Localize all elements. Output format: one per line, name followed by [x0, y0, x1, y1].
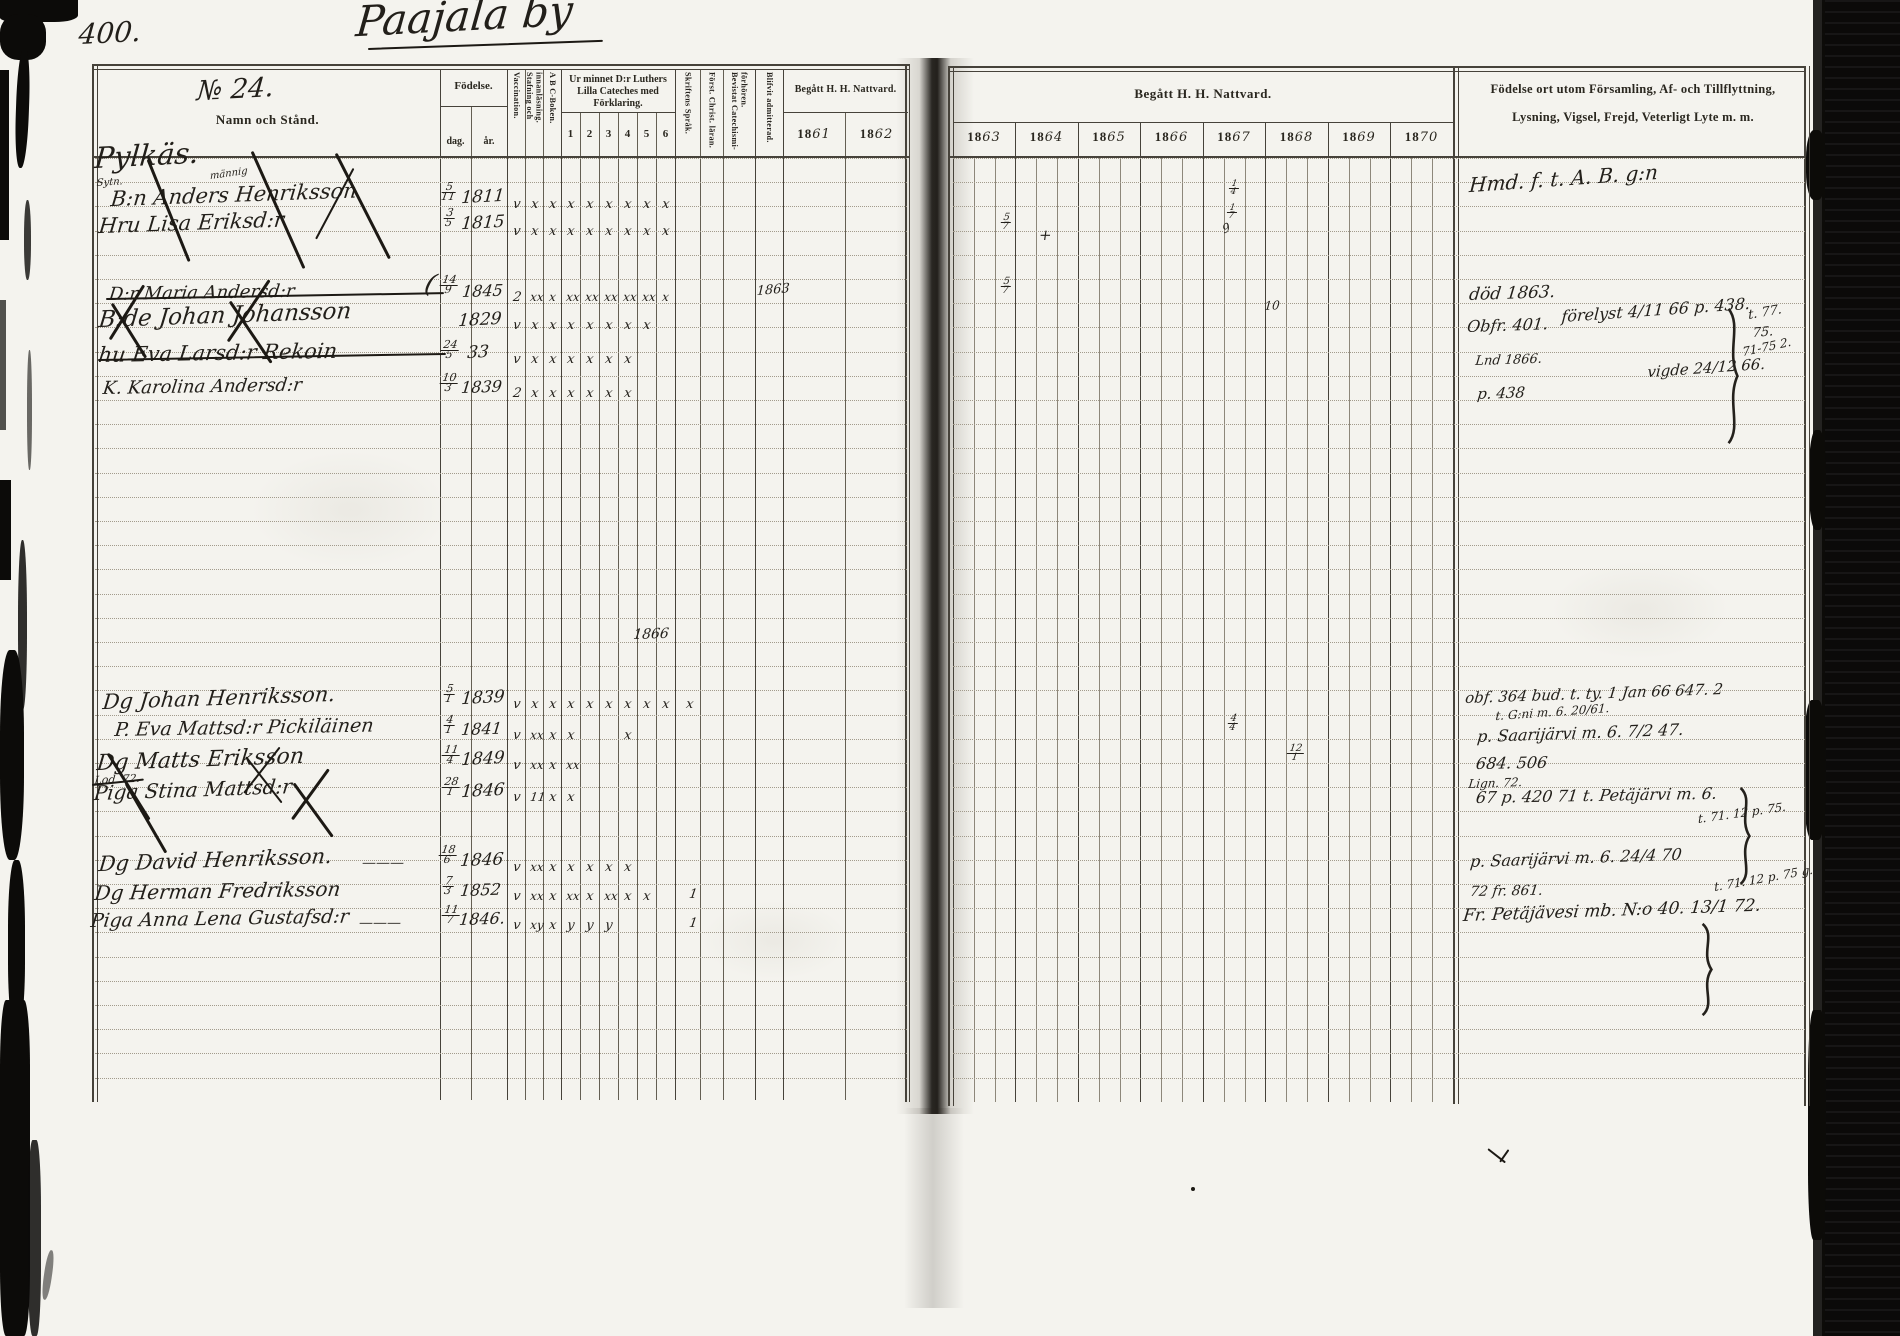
mark: x — [566, 225, 575, 239]
mark: v — [512, 319, 521, 333]
birth-year: 1849 — [460, 750, 505, 770]
birth-day: 245 — [439, 341, 460, 360]
birth-year: 33 — [466, 344, 489, 363]
mark: 1 — [688, 888, 698, 902]
birth-day: 511 — [440, 183, 457, 202]
person-name: Dg David Henriksson. — [98, 845, 333, 875]
ink-brace — [1722, 306, 1744, 446]
mark: v — [512, 729, 521, 743]
birth-day: 73 — [441, 877, 455, 896]
birth-day: 103 — [438, 374, 459, 393]
person-name: Hru Lisa Eriksd:r — [98, 209, 286, 238]
birth-day: 41 — [442, 716, 456, 735]
mark: x — [566, 729, 575, 743]
mark: x — [685, 698, 694, 712]
mark: xx — [641, 291, 656, 304]
fraction-denominator: 4 — [1228, 189, 1239, 196]
scanned-register-page: Namn och Stånd. Födelse. dag. år. Vaccin… — [0, 0, 1900, 1336]
mark: x — [566, 353, 575, 367]
mark: x — [548, 387, 557, 401]
note: t. 77. — [1748, 303, 1782, 323]
page-number: 400. — [77, 17, 142, 50]
fraction-denominator: 3 — [438, 384, 457, 393]
fraction-denominator: 1 — [440, 788, 459, 797]
person-name: Piga Anna Lena Gustafsd:r — [90, 907, 350, 931]
mark: x — [566, 698, 575, 712]
mark: 11 — [529, 791, 546, 804]
household-number-script: № 24. — [196, 74, 275, 107]
communion-mark: 9 — [1221, 221, 1232, 236]
note: t. 71. 12 p. 75 g. — [1714, 864, 1813, 894]
mark: xx — [529, 729, 544, 742]
mark: x — [530, 353, 539, 367]
mark: x — [530, 319, 539, 333]
birth-day: 35 — [442, 209, 456, 228]
mark: v — [512, 919, 521, 933]
mark: x — [530, 387, 539, 401]
mark: x — [642, 698, 651, 712]
birth-year: 1839 — [460, 379, 502, 397]
mark: x — [548, 353, 557, 367]
birth-year: 1829 — [457, 311, 502, 331]
note: 67 p. 420 71 t. Petäjärvi m. 6. — [1475, 786, 1718, 807]
communion-mark: + — [1038, 228, 1053, 244]
mark: x — [661, 225, 670, 239]
admitted-year: 1863 — [756, 282, 790, 299]
mark: y — [566, 919, 575, 933]
birth-year: 1841 — [460, 721, 502, 739]
communion-mark: 57 — [1000, 214, 1013, 231]
mark: xx — [603, 890, 618, 903]
handwriting-layer: 400.Paajala by№ 24.Pylkäs.Sytn.männigB:n… — [0, 0, 1900, 1336]
note: p. Saarijärvi m. 6. 24/4 70 — [1469, 847, 1682, 871]
mark: x — [566, 387, 575, 401]
mark: xx — [603, 291, 618, 304]
mark: x — [566, 791, 575, 805]
mark: x — [623, 698, 632, 712]
communion-mark: 44 — [1227, 715, 1240, 732]
mark: x — [623, 225, 632, 239]
birth-year: 1852 — [459, 882, 501, 900]
mark: xx — [529, 890, 544, 903]
note: Hmd. f. t. A. B. g:n — [1469, 162, 1659, 196]
mark: x — [585, 387, 594, 401]
mark: xx — [565, 890, 580, 903]
communion-mark: 57 — [1000, 278, 1013, 295]
fraction-denominator: 4 — [1227, 724, 1238, 732]
mark: x — [548, 198, 557, 212]
communion-mark: 10 — [1264, 299, 1280, 312]
mark: x — [604, 319, 613, 333]
mark: 2 — [512, 291, 522, 305]
note: 71-75 2. — [1742, 336, 1792, 359]
mark: 1 — [688, 917, 698, 931]
birth-year: 1846 — [459, 851, 504, 870]
communion-mark: 14 — [1228, 181, 1240, 196]
mark: x — [585, 353, 594, 367]
mark: x — [642, 225, 651, 239]
mark: x — [585, 861, 594, 875]
person-name: Dg Johan Henriksson. — [102, 683, 337, 713]
mark: x — [604, 698, 613, 712]
mark: x — [623, 861, 632, 875]
mark: y — [604, 919, 613, 933]
mark: v — [512, 791, 521, 805]
mark: x — [661, 698, 670, 712]
mark: v — [512, 890, 521, 904]
mark: x — [623, 319, 632, 333]
mark: x — [642, 890, 651, 904]
ink-stroke — [1191, 1187, 1195, 1191]
mark: x — [548, 919, 557, 933]
note: p. Saarijärvi m. 6. 7/2 47. — [1476, 722, 1684, 746]
fraction-denominator: 7 — [1000, 287, 1011, 295]
person-name: Dg Herman Fredriksson — [93, 879, 341, 904]
ink-mark: ——— — [361, 856, 405, 871]
margin-note: männig — [210, 167, 248, 183]
note: Obfr. 401. — [1466, 316, 1549, 336]
fraction-denominator: 1 — [442, 726, 454, 735]
mark: x — [661, 198, 670, 212]
fraction-denominator: 1 — [1286, 754, 1304, 762]
ink-stroke — [335, 153, 391, 260]
mark: x — [661, 291, 670, 304]
mark: x — [585, 225, 594, 239]
birth-day: 281 — [440, 778, 461, 797]
fraction-denominator: 6 — [437, 856, 456, 865]
mark: x — [548, 890, 557, 904]
mark: x — [604, 225, 613, 239]
mark: x — [548, 319, 557, 333]
mark: x — [642, 319, 651, 333]
mark: x — [604, 198, 613, 212]
mark: x — [548, 698, 557, 712]
mark: x — [548, 791, 557, 805]
mark: v — [512, 861, 521, 875]
ink-stroke — [291, 768, 329, 820]
ink-mark: ——— — [358, 916, 402, 931]
mark: v — [512, 353, 521, 367]
birth-year: 1815 — [460, 214, 505, 234]
note: död 1863. — [1468, 284, 1556, 305]
mark: 2 — [512, 387, 522, 401]
person-name: K. Karolina Andersd:r — [102, 377, 303, 399]
birth-year: 1846. — [458, 910, 506, 928]
mark: x — [566, 198, 575, 212]
mark: x — [585, 198, 594, 212]
mark: x — [548, 225, 557, 239]
fraction-denominator: 4 — [440, 756, 459, 765]
person-name: Dg Matts Eriksson — [96, 745, 306, 775]
mark: x — [585, 890, 594, 904]
ink-mark: ( — [421, 271, 439, 299]
birth-year: 1811 — [460, 188, 505, 208]
person-name: P. Eva Mattsd:r Pickiläinen — [114, 716, 375, 740]
fraction-denominator: 7 — [1000, 223, 1011, 231]
mark: x — [585, 319, 594, 333]
person-name: hu Eva Larsd:r Rekoin — [97, 340, 338, 366]
mark: x — [604, 861, 613, 875]
mark: x — [604, 353, 613, 367]
birth-day: 51 — [442, 685, 456, 704]
mark: v — [512, 225, 521, 239]
birth-year: 1845 — [461, 283, 503, 301]
communion-mark: 17 — [1226, 205, 1238, 220]
ink-brace — [1734, 786, 1756, 886]
mark: x — [548, 729, 557, 743]
note: 684. 506 — [1475, 755, 1548, 773]
fraction-denominator: 11 — [440, 193, 455, 202]
mark: xx — [529, 861, 544, 874]
mark: x — [548, 759, 557, 773]
note: Lnd 1866. — [1475, 353, 1543, 369]
note: p. 438 — [1476, 385, 1525, 402]
fraction-denominator: 7 — [440, 916, 459, 925]
person-name: B:n Anders Henriksson — [110, 179, 358, 210]
fraction-denominator: 3 — [441, 887, 453, 896]
mark: xx — [529, 759, 544, 772]
mark: x — [623, 890, 632, 904]
mark: x — [623, 353, 632, 367]
mark: x — [623, 198, 632, 212]
mark: xx — [584, 291, 599, 304]
birth-day: 114 — [440, 746, 461, 765]
fraction-denominator: 5 — [442, 219, 454, 228]
mark: xx — [565, 291, 580, 304]
ink-brace — [1696, 922, 1718, 1017]
ink-brace-path — [1729, 309, 1738, 443]
mark: x — [548, 861, 557, 875]
village-title: Paajala by — [354, 0, 575, 44]
mark: x — [548, 291, 557, 304]
mark: x — [530, 225, 539, 239]
ink-brace-path — [1741, 788, 1750, 884]
mark: v — [512, 198, 521, 212]
mark: x — [623, 387, 632, 401]
mark: x — [530, 198, 539, 212]
mark: x — [530, 698, 539, 712]
mark: y — [585, 919, 594, 933]
mark: v — [512, 759, 521, 773]
ink-brace-path — [1703, 924, 1712, 1015]
mark: xx — [529, 291, 544, 304]
birth-year: 1846 — [460, 782, 505, 802]
note: vigde 24/12 66. — [1647, 357, 1766, 381]
mark: x — [585, 698, 594, 712]
farm-name: Pylkäs. — [93, 138, 200, 174]
mark: x — [566, 861, 575, 875]
mark: x — [642, 198, 651, 212]
admitted-year: 1866 — [632, 627, 669, 643]
fraction-denominator: 1 — [442, 695, 454, 704]
mark: x — [623, 729, 632, 743]
note: 72 fr. 861. — [1469, 884, 1543, 900]
mark: x — [604, 387, 613, 401]
mark: xx — [565, 759, 580, 772]
birth-day: 186 — [437, 846, 458, 865]
communion-mark: 121 — [1286, 745, 1305, 762]
mark: xx — [622, 291, 637, 304]
mark: v — [512, 698, 521, 712]
mark: xy — [529, 919, 544, 932]
mark: x — [566, 319, 575, 333]
birth-year: 1839 — [460, 689, 505, 709]
